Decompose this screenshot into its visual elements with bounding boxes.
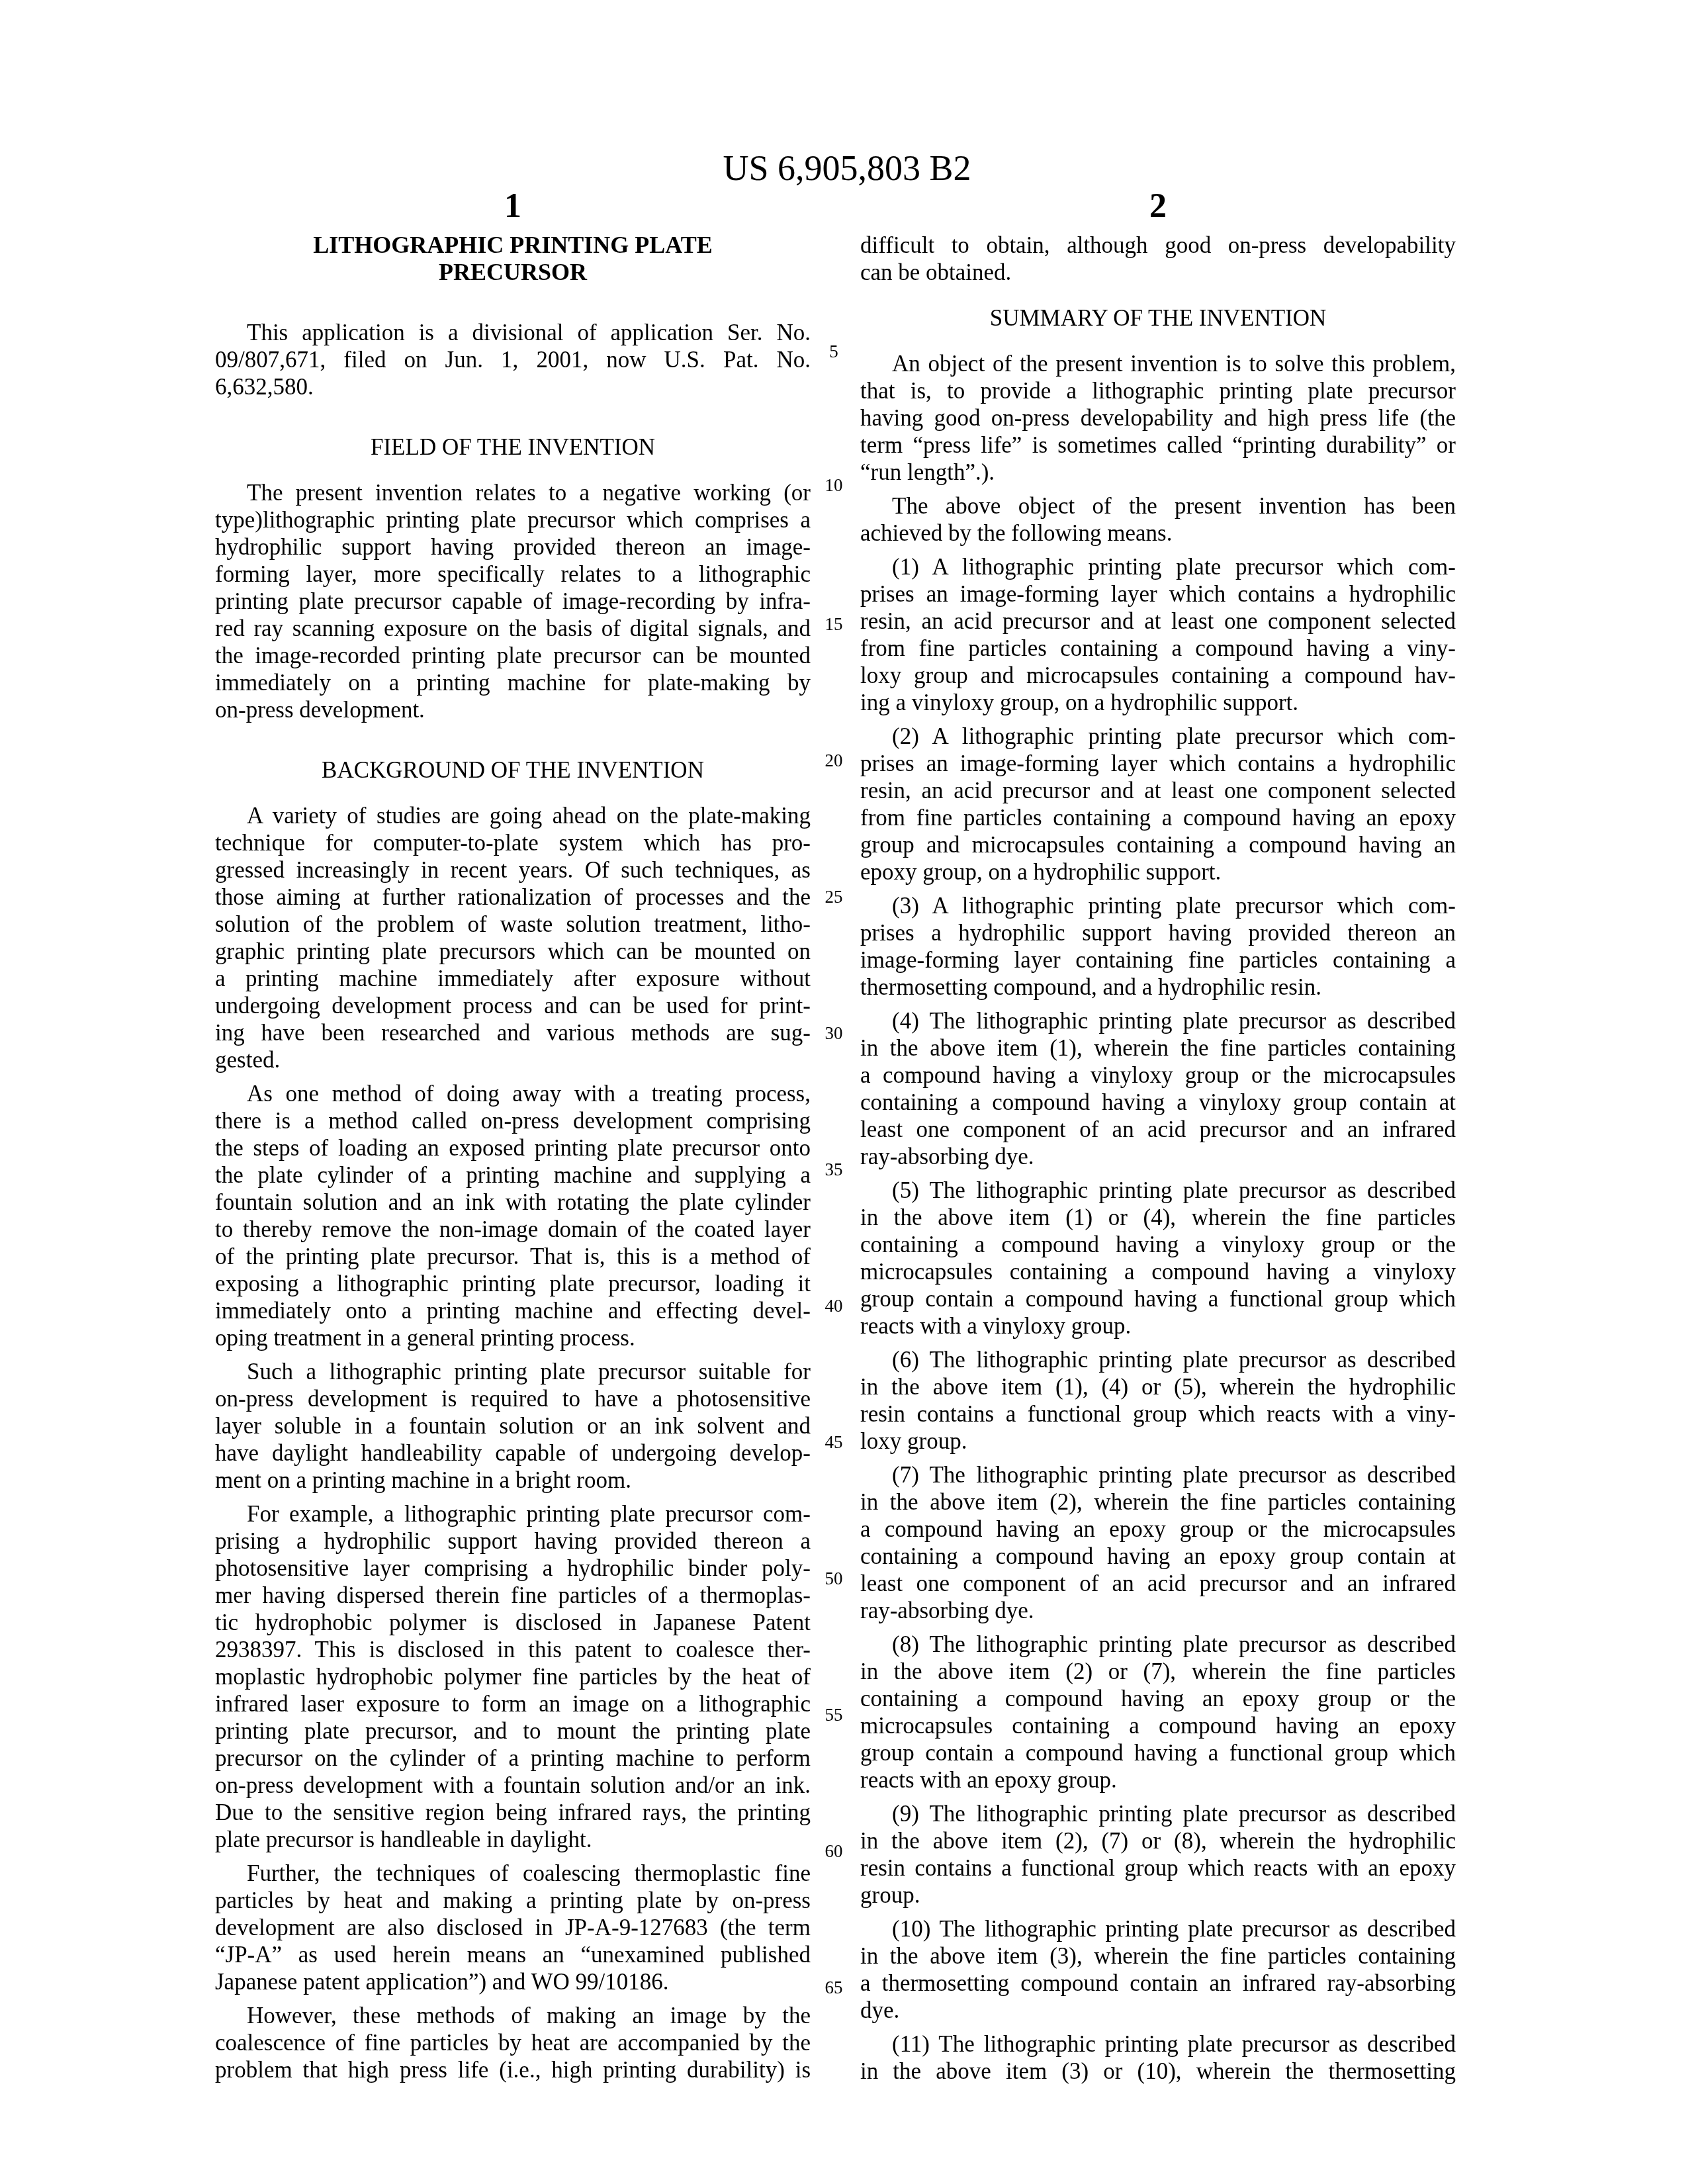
text-line: red ray scanning exposure on the basis o…: [215, 615, 811, 642]
text-line: However, these methods of making an imag…: [215, 2002, 811, 2029]
text-line: “run length”.).: [860, 459, 1456, 486]
text-line: in the above item (1), (4) or (5), where…: [860, 1373, 1456, 1400]
text-line: achieved by the following means.: [860, 520, 1456, 547]
background-paragraph: A variety of studies are going ahead on …: [215, 802, 811, 1073]
text-line: (3) A lithographic printing plate precur…: [860, 892, 1456, 919]
text-line: in the above item (1) or (4), wherein th…: [860, 1204, 1456, 1231]
text-line: a compound having an epoxy group or the …: [860, 1516, 1456, 1543]
text-line: solution of the problem of waste solutio…: [215, 911, 811, 938]
text-line: tic hydrophobic polymer is disclosed in …: [215, 1609, 811, 1636]
text-line: a compound having a vinyloxy group or th…: [860, 1062, 1456, 1089]
text-line: least one component of an acid precursor…: [860, 1570, 1456, 1597]
text-line: loxy group.: [860, 1428, 1456, 1455]
text-line: on-press development is required to have…: [215, 1385, 811, 1412]
line-number: 5: [815, 341, 852, 361]
line-number-gutter: 5101520253035404550556065: [815, 0, 852, 2184]
line-number: 40: [815, 1296, 852, 1316]
text-line: group.: [860, 1882, 1456, 1909]
numbered-item: (11) The lithographic printing plate pre…: [860, 2030, 1456, 2085]
text-line: the plate cylinder of a printing machine…: [215, 1161, 811, 1189]
text-line: from fine particles containing a compoun…: [860, 804, 1456, 831]
numbered-item: (8) The lithographic printing plate prec…: [860, 1631, 1456, 1794]
text-line: technique for computer-to-plate system w…: [215, 829, 811, 856]
text-line: 09/807,671, filed on Jun. 1, 2001, now U…: [215, 346, 811, 373]
text-line: containing a compound having an epoxy gr…: [860, 1543, 1456, 1570]
text-line: 6,632,580.: [215, 373, 811, 400]
text-line: oping treatment in a general printing pr…: [215, 1324, 811, 1351]
text-line: prising a hydrophilic support having pro…: [215, 1527, 811, 1555]
text-line: fountain solution and an ink with rotati…: [215, 1189, 811, 1216]
text-line: microcapsules containing a compound havi…: [860, 1258, 1456, 1285]
numbered-item: (6) The lithographic printing plate prec…: [860, 1346, 1456, 1455]
text-line: in the above item (1), wherein the fine …: [860, 1034, 1456, 1062]
numbered-item: (4) The lithographic printing plate prec…: [860, 1007, 1456, 1170]
text-line: in the above item (2), (7) or (8), where…: [860, 1827, 1456, 1854]
text-line: group and microcapsules containing a com…: [860, 831, 1456, 858]
text-line: For example, a lithographic printing pla…: [215, 1500, 811, 1527]
text-line: to thereby remove the non-image domain o…: [215, 1216, 811, 1243]
line-number: 20: [815, 751, 852, 770]
title-line: PRECURSOR: [215, 259, 811, 286]
text-line: thermosetting compound, and a hydrophili…: [860, 974, 1456, 1001]
text-line: coalescence of fine particles by heat ar…: [215, 2029, 811, 2056]
text-line: resin contains a functional group which …: [860, 1854, 1456, 1882]
text-line: containing a compound having an epoxy gr…: [860, 1685, 1456, 1712]
numbered-item: (5) The lithographic printing plate prec…: [860, 1177, 1456, 1340]
text-line: the steps of loading an exposed printing…: [215, 1134, 811, 1161]
line-number: 60: [815, 1841, 852, 1861]
background-paragraph: Further, the techniques of coalescing th…: [215, 1860, 811, 1995]
background-paragraph: However, these methods of making an imag…: [215, 2002, 811, 2083]
text-line: that is, to provide a lithographic print…: [860, 377, 1456, 404]
column-number-right: 2: [860, 187, 1456, 226]
text-line: immediately on a printing machine for pl…: [215, 669, 811, 696]
text-line: exposing a lithographic printing plate p…: [215, 1270, 811, 1297]
text-line: containing a compound having a vinyloxy …: [860, 1089, 1456, 1116]
text-line: can be obtained.: [860, 259, 1456, 286]
text-line: immediately onto a printing machine and …: [215, 1297, 811, 1324]
text-line: graphic printing plate precursors which …: [215, 938, 811, 965]
numbered-item: (2) A lithographic printing plate precur…: [860, 723, 1456, 886]
text-line: on-press development with a fountain sol…: [215, 1772, 811, 1799]
numbered-item: (3) A lithographic printing plate precur…: [860, 892, 1456, 1001]
text-line: (5) The lithographic printing plate prec…: [860, 1177, 1456, 1204]
text-line: a printing machine immediately after exp…: [215, 965, 811, 992]
text-line: the image-recorded printing plate precur…: [215, 642, 811, 669]
column-number-left: 1: [215, 187, 811, 226]
line-number: 15: [815, 614, 852, 634]
background-heading: BACKGROUND OF THE INVENTION: [215, 756, 811, 784]
text-line: Japanese patent application”) and WO 99/…: [215, 1968, 811, 1995]
text-line: An object of the present invention is to…: [860, 350, 1456, 377]
summary-heading: SUMMARY OF THE INVENTION: [860, 304, 1456, 332]
numbered-items-list: (1) A lithographic printing plate precur…: [860, 547, 1456, 2085]
text-line: have daylight handleability capable of u…: [215, 1439, 811, 1467]
text-line: hydrophilic support having provided ther…: [215, 533, 811, 561]
text-line: photosensitive layer comprising a hydrop…: [215, 1555, 811, 1582]
text-line: problem that high press life (i.e., high…: [215, 2056, 811, 2083]
text-line: (9) The lithographic printing plate prec…: [860, 1800, 1456, 1827]
text-line: “JP-A” as used herein means an “unexamin…: [215, 1941, 811, 1968]
text-line: printing plate precursor capable of imag…: [215, 588, 811, 615]
numbered-item: (7) The lithographic printing plate prec…: [860, 1461, 1456, 1624]
text-line: in the above item (2) or (7), wherein th…: [860, 1658, 1456, 1685]
text-line: ray-absorbing dye.: [860, 1143, 1456, 1170]
text-line: (7) The lithographic printing plate prec…: [860, 1461, 1456, 1488]
text-line: (10) The lithographic printing plate pre…: [860, 1915, 1456, 1942]
title-line: LITHOGRAPHIC PRINTING PLATE: [215, 232, 811, 259]
text-line: group contain a compound having a functi…: [860, 1739, 1456, 1766]
text-line: precursor on the cylinder of a printing …: [215, 1745, 811, 1772]
text-line: undergoing development process and can b…: [215, 992, 811, 1019]
text-line: A variety of studies are going ahead on …: [215, 802, 811, 829]
text-line: those aiming at further rationalization …: [215, 884, 811, 911]
text-line: in the above item (3), wherein the fine …: [860, 1942, 1456, 1970]
text-line: difficult to obtain, although good on-pr…: [860, 232, 1456, 259]
background-paragraph: As one method of doing away with a treat…: [215, 1080, 811, 1351]
numbered-item: (1) A lithographic printing plate precur…: [860, 553, 1456, 716]
text-line: prises an image-forming layer which cont…: [860, 750, 1456, 777]
line-number: 45: [815, 1432, 852, 1452]
text-line: containing a compound having a vinyloxy …: [860, 1231, 1456, 1258]
text-line: Such a lithographic printing plate precu…: [215, 1358, 811, 1385]
line-number: 65: [815, 1978, 852, 1997]
document-title: LITHOGRAPHIC PRINTING PLATE PRECURSOR: [215, 232, 811, 286]
text-line: plate precursor is handleable in dayligh…: [215, 1826, 811, 1853]
continuation-paragraph: difficult to obtain, although good on-pr…: [860, 232, 1456, 286]
text-line: prises an image-forming layer which cont…: [860, 580, 1456, 608]
text-line: from fine particles containing a compoun…: [860, 635, 1456, 662]
text-line: gested.: [215, 1046, 811, 1073]
text-line: The above object of the present inventio…: [860, 492, 1456, 520]
text-line: (6) The lithographic printing plate prec…: [860, 1346, 1456, 1373]
text-line: This application is a divisional of appl…: [215, 319, 811, 346]
text-line: ing have been researched and various met…: [215, 1019, 811, 1046]
text-line: ment on a printing machine in a bright r…: [215, 1467, 811, 1494]
text-line: there is a method called on-press develo…: [215, 1107, 811, 1134]
text-line: epoxy group, on a hydrophilic support.: [860, 858, 1456, 886]
text-line: term “press life” is sometimes called “p…: [860, 432, 1456, 459]
background-paragraph: For example, a lithographic printing pla…: [215, 1500, 811, 1853]
summary-paragraph: An object of the present invention is to…: [860, 350, 1456, 486]
text-line: dye.: [860, 1997, 1456, 2024]
text-line: The present invention relates to a negat…: [215, 479, 811, 506]
text-line: Further, the techniques of coalescing th…: [215, 1860, 811, 1887]
text-line: reacts with a vinyloxy group.: [860, 1312, 1456, 1340]
line-number: 55: [815, 1705, 852, 1725]
summary-paragraph: The above object of the present inventio…: [860, 492, 1456, 547]
text-line: microcapsules containing a compound havi…: [860, 1712, 1456, 1739]
left-column: LITHOGRAPHIC PRINTING PLATE PRECURSOR Th…: [215, 232, 811, 2083]
text-line: on-press development.: [215, 696, 811, 723]
right-column: difficult to obtain, although good on-pr…: [860, 232, 1456, 2085]
text-line: in the above item (2), wherein the fine …: [860, 1488, 1456, 1516]
text-line: particles by heat and making a printing …: [215, 1887, 811, 1914]
line-number: 30: [815, 1023, 852, 1043]
text-line: forming layer, more specifically relates…: [215, 561, 811, 588]
text-line: loxy group and microcapsules containing …: [860, 662, 1456, 689]
text-line: of the printing plate precursor. That is…: [215, 1243, 811, 1270]
text-line: layer soluble in a fountain solution or …: [215, 1412, 811, 1439]
text-line: image-forming layer containing fine part…: [860, 946, 1456, 974]
text-line: prises a hydrophilic support having prov…: [860, 919, 1456, 946]
numbered-item: (10) The lithographic printing plate pre…: [860, 1915, 1456, 2024]
text-line: group contain a compound having a functi…: [860, 1285, 1456, 1312]
text-line: type)lithographic printing plate precurs…: [215, 506, 811, 533]
background-paragraph: Such a lithographic printing plate precu…: [215, 1358, 811, 1494]
text-line: resin, an acid precursor and at least on…: [860, 777, 1456, 804]
text-line: having good on-press developability and …: [860, 404, 1456, 432]
text-line: ray-absorbing dye.: [860, 1597, 1456, 1624]
text-line: infrared laser exposure to form an image…: [215, 1690, 811, 1717]
text-line: Due to the sensitive region being infrar…: [215, 1799, 811, 1826]
text-line: ing a vinyloxy group, on a hydrophilic s…: [860, 689, 1456, 716]
text-line: resin, an acid precursor and at least on…: [860, 608, 1456, 635]
text-line: reacts with an epoxy group.: [860, 1766, 1456, 1794]
text-line: in the above item (3) or (10), wherein t…: [860, 2058, 1456, 2085]
line-number: 35: [815, 1160, 852, 1179]
text-line: least one component of an acid precursor…: [860, 1116, 1456, 1143]
text-line: development are also disclosed in JP-A-9…: [215, 1914, 811, 1941]
text-line: mer having dispersed therein fine partic…: [215, 1582, 811, 1609]
line-number: 50: [815, 1569, 852, 1588]
field-heading: FIELD OF THE INVENTION: [215, 433, 811, 461]
text-line: 2938397. This is disclosed in this paten…: [215, 1636, 811, 1663]
field-paragraph: The present invention relates to a negat…: [215, 479, 811, 723]
text-line: (2) A lithographic printing plate precur…: [860, 723, 1456, 750]
intro-paragraph: This application is a divisional of appl…: [215, 319, 811, 400]
line-number: 25: [815, 887, 852, 907]
text-line: gressed increasingly in recent years. Of…: [215, 856, 811, 884]
text-line: moplastic hydrophobic polymer fine parti…: [215, 1663, 811, 1690]
numbered-item: (9) The lithographic printing plate prec…: [860, 1800, 1456, 1909]
text-line: printing plate precursor, and to mount t…: [215, 1717, 811, 1745]
text-line: (11) The lithographic printing plate pre…: [860, 2030, 1456, 2058]
text-line: (4) The lithographic printing plate prec…: [860, 1007, 1456, 1034]
text-line: a thermosetting compound contain an infr…: [860, 1970, 1456, 1997]
line-number: 10: [815, 475, 852, 495]
text-line: (8) The lithographic printing plate prec…: [860, 1631, 1456, 1658]
text-line: As one method of doing away with a treat…: [215, 1080, 811, 1107]
text-line: resin contains a functional group which …: [860, 1400, 1456, 1428]
text-line: (1) A lithographic printing plate precur…: [860, 553, 1456, 580]
